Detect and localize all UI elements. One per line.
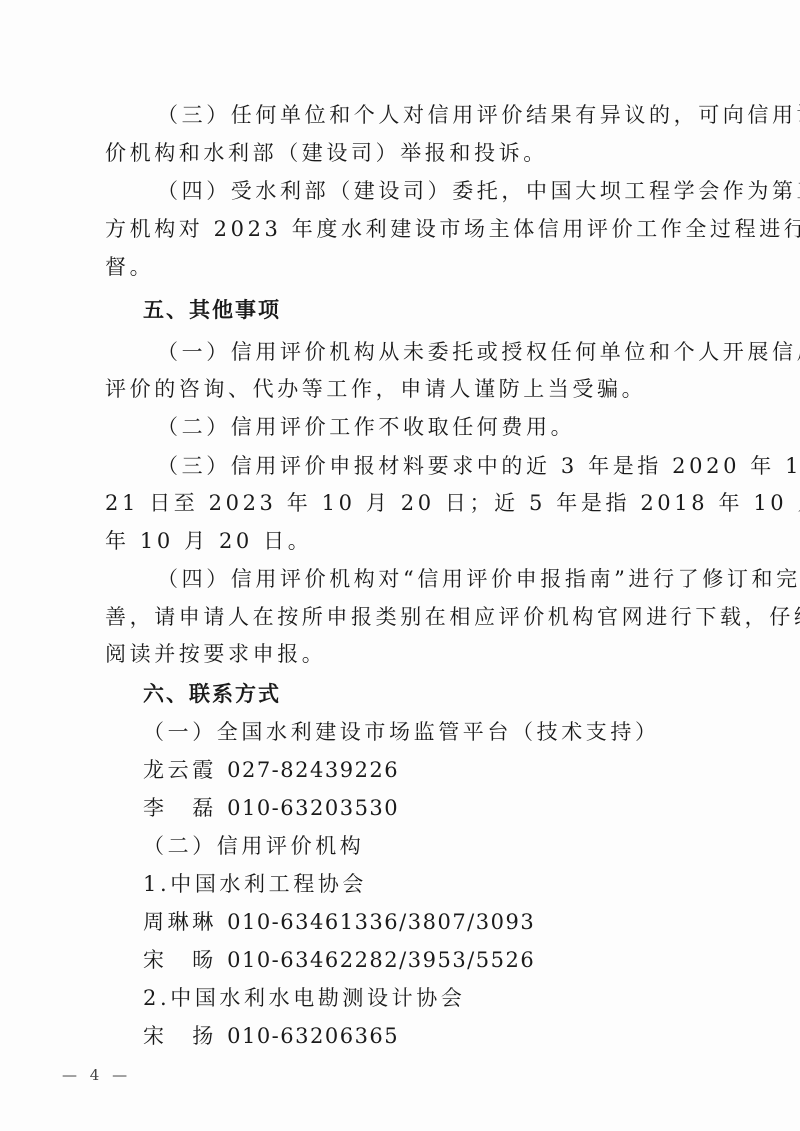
paragraph-4-line-2: 方机构对 2023 年度水利建设市场主体信用评价工作全过程进行监 (105, 215, 725, 243)
document-page: （三）任何单位和个人对信用评价结果有异议的，可向信用评 价机构和水利部（建设司）… (0, 0, 800, 1131)
page-number: — 4 — (62, 1066, 131, 1084)
contact-row: 周琳琳 010-63461336/3807/3093 (143, 908, 763, 936)
paragraph-3-line-2: 价机构和水利部（建设司）举报和投诉。 (105, 139, 725, 167)
section-5-item-1-line-2: 评价的咨询、代办等工作，申请人谨防上当受骗。 (105, 375, 725, 403)
paragraph-4-line-1: （四）受水利部（建设司）委托，中国大坝工程学会作为第三 (157, 177, 777, 205)
contact-phone: 027-82439226 (227, 758, 399, 782)
section-5-item-3-line-2: 21 日至 2023 年 10 月 20 日；近 5 年是指 2018 年 10… (105, 489, 725, 517)
contact-row: 宋 扬 010-63206365 (143, 1022, 763, 1050)
contact-name: 周琳琳 (143, 910, 217, 934)
agencies-title: （二）信用评价机构 (143, 832, 763, 860)
contact-row: 宋 旸 010-63462282/3953/5526 (143, 946, 763, 974)
contact-name: 龙云霞 (143, 758, 217, 782)
contact-name: 宋 旸 (143, 948, 217, 972)
section-5-item-3-line-1: （三）信用评价申报材料要求中的近 3 年是指 2020 年 10 月 (157, 452, 777, 480)
platform-title: （一）全国水利建设市场监管平台（技术支持） (143, 718, 763, 746)
contact-phone: 010-63462282/3953/5526 (227, 948, 535, 972)
agency-1-title: 1.中国水利工程协会 (143, 870, 763, 898)
contact-name: 李 磊 (143, 796, 217, 820)
section-5-item-1-line-1: （一）信用评价机构从未委托或授权任何单位和个人开展信用 (157, 338, 777, 366)
section-5-item-4-line-2: 善，请申请人在按所申报类别在相应评价机构官网进行下载，仔细 (105, 603, 725, 631)
contact-row: 龙云霞 027-82439226 (143, 756, 763, 784)
section-5-heading: 五、其他事项 (143, 296, 763, 324)
section-5-item-2-line-1: （二）信用评价工作不收取任何费用。 (157, 413, 777, 441)
contact-phone: 010-63206365 (227, 1024, 399, 1048)
section-6-heading: 六、联系方式 (143, 680, 763, 708)
paragraph-3-line-1: （三）任何单位和个人对信用评价结果有异议的，可向信用评 (157, 101, 777, 129)
contact-row: 李 磊 010-63203530 (143, 794, 763, 822)
section-5-item-4-line-1: （四）信用评价机构对“信用评价申报指南”进行了修订和完 (157, 565, 777, 593)
section-5-item-3-line-3: 年 10 月 20 日。 (105, 527, 725, 555)
paragraph-4-line-3: 督。 (105, 253, 725, 281)
contact-name: 宋 扬 (143, 1024, 217, 1048)
agency-2-title: 2.中国水利水电勘测设计协会 (143, 984, 763, 1012)
contact-phone: 010-63203530 (227, 796, 399, 820)
section-5-item-4-line-3: 阅读并按要求申报。 (105, 640, 725, 668)
contact-phone: 010-63461336/3807/3093 (227, 910, 535, 934)
